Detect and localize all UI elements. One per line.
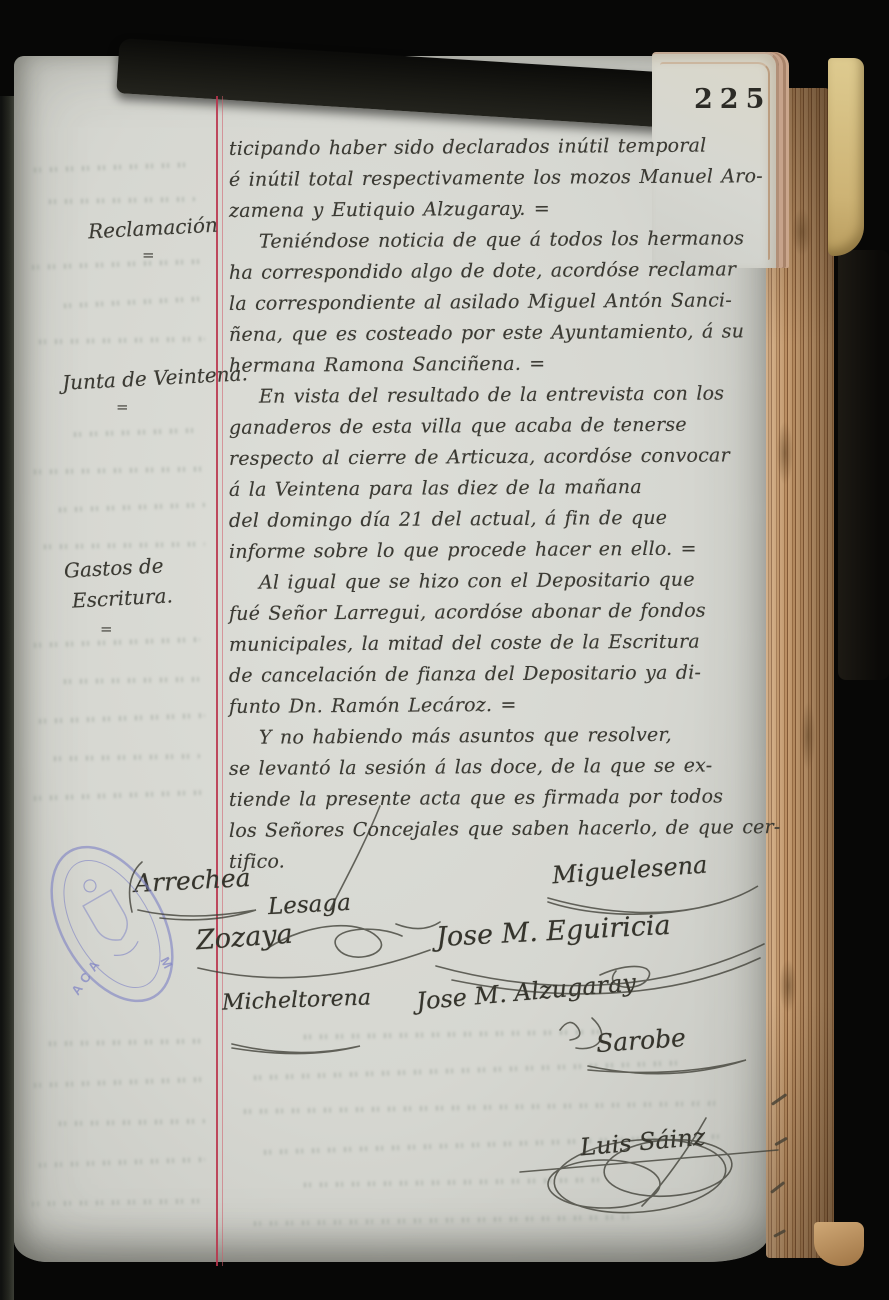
signature-arrechea: Arrechea [133, 863, 251, 898]
facing-page-edge [0, 96, 14, 1300]
manuscript-line: zamena y Eutiquio Alzugaray. = [229, 192, 771, 227]
manuscript-line: respecto al cierre de Articuza, acordóse… [229, 440, 771, 475]
manuscript-line: á la Veintena para las diez de la mañana [229, 471, 771, 506]
manuscript-line: funto Dn. Ramón Lecároz. = [229, 688, 771, 723]
manuscript-line: la correspondiente al asilado Miguel Ant… [229, 285, 771, 320]
edge-stain [798, 690, 818, 782]
margin-note-mark: = [100, 620, 113, 638]
manuscript-line: é inútil total respectivamente los mozos… [229, 161, 771, 196]
signature-lesaga: Lesaga [267, 890, 351, 920]
edge-stain [774, 410, 796, 496]
parchment-corner [828, 58, 864, 256]
manuscript-line: tiende la presente acta que es firmada p… [229, 781, 771, 816]
manuscript-line: ñena, que es costeado por este Ayuntamie… [229, 316, 771, 351]
edge-stain [776, 950, 800, 1022]
manuscript-line: del domingo día 21 del actual, á fin de … [229, 502, 771, 537]
body-text: ticipando haber sido declarados inútil t… [229, 132, 771, 876]
manuscript-line: se levantó la sesión á las doce, de la q… [229, 750, 771, 785]
manuscript-line: los Señores Concejales que saben hacerlo… [229, 812, 771, 847]
manuscript-line: Teniéndose noticia de que á todos los he… [229, 223, 771, 258]
margin-note-mark: = [116, 398, 129, 416]
manuscript-line: ganaderos de esta villa que acaba de ten… [229, 409, 771, 444]
manuscript-line: hermana Ramona Sanciñena. = [229, 347, 771, 382]
manuscript-line: informe sobre lo que procede hacer en el… [229, 533, 771, 568]
margin-rule-line [216, 96, 223, 1266]
manuscript-line: ticipando haber sido declarados inútil t… [229, 130, 771, 165]
ledger-photo: 225 Reclamación = Junta de Veintena. = G… [0, 0, 889, 1300]
manuscript-line: fué Señor Larregui, acordóse abonar de f… [229, 595, 771, 630]
manuscript-line: Y no habiendo más asuntos que resolver, [229, 719, 771, 754]
page-number: 225 [694, 84, 771, 115]
manuscript-line: municipales, la mitad del coste de la Es… [229, 626, 771, 661]
manuscript-line: En vista del resultado de la entrevista … [229, 378, 771, 413]
manuscript-line: de cancelación de fianza del Depositario… [229, 657, 771, 692]
edge-stain [788, 200, 816, 264]
fore-edge-tail [814, 1222, 864, 1266]
book-cover-right [838, 250, 889, 680]
signature-micheltorena: Micheltorena [222, 985, 372, 1015]
manuscript-line: Al igual que se hizo con el Depositario … [229, 564, 771, 599]
manuscript-line: ha correspondido algo de dote, acordóse … [229, 254, 771, 289]
margin-note-mark: = [142, 246, 155, 264]
